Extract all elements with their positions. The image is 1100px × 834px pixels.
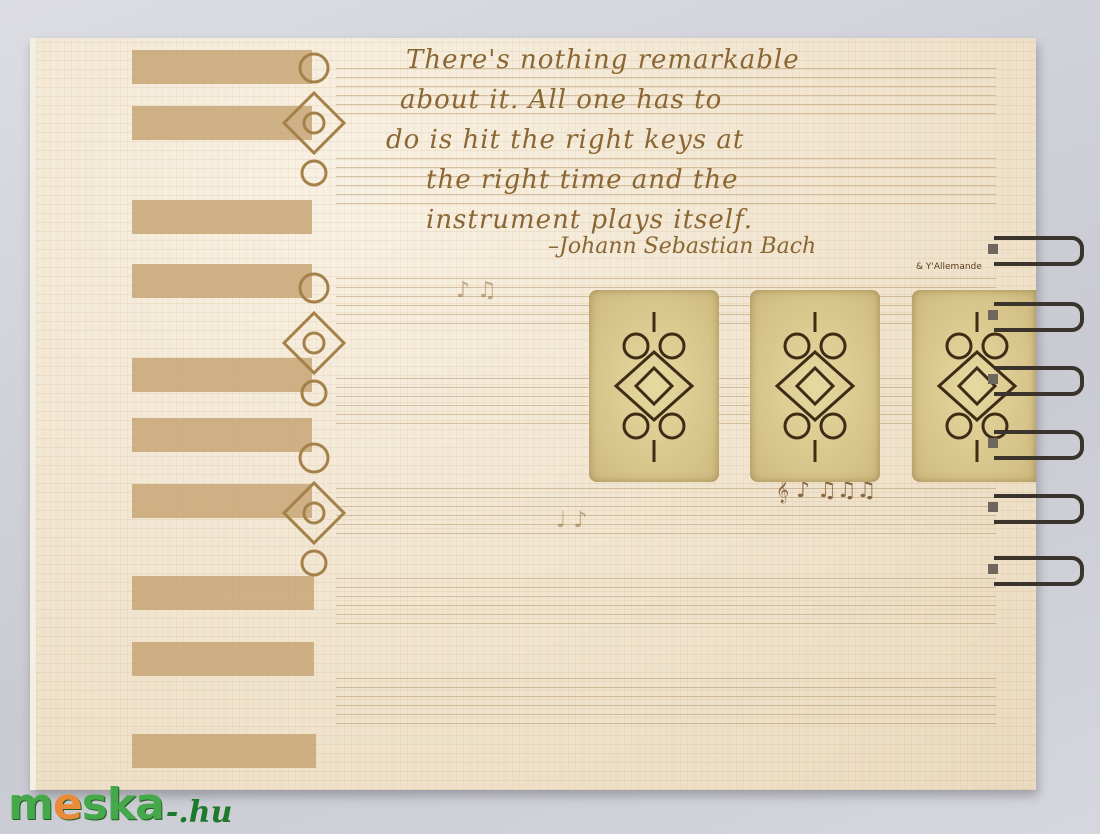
damask-icon	[604, 302, 704, 470]
watermark-suffix: ‑.hu	[166, 795, 233, 830]
piano-key	[132, 576, 314, 610]
music-staff	[336, 578, 996, 624]
ornament-icon	[264, 48, 364, 188]
piano-key	[132, 734, 316, 768]
ornament-icon	[264, 438, 364, 578]
small-label: & Y'Allemande	[916, 262, 982, 272]
spiral-ring	[994, 366, 1084, 396]
ornament-card	[750, 290, 880, 482]
quote-line: There's nothing remarkable	[386, 40, 946, 80]
meska-watermark: meska‑.hu	[8, 770, 232, 830]
piano-key	[132, 642, 314, 676]
quote-attribution: –Johann Sebastian Bach	[548, 234, 816, 259]
watermark-accent: e	[53, 779, 82, 830]
music-staff	[336, 488, 996, 534]
bach-quote: There's nothing remarkable about it. All…	[386, 40, 946, 240]
music-note-icon: ♪ ♫	[456, 278, 497, 303]
spiral-ring	[994, 556, 1084, 586]
watermark-prefix: m	[8, 779, 53, 830]
quote-line: the right time and the	[386, 160, 946, 200]
music-note-icon: ♩ ♪	[556, 508, 587, 533]
ornament-icon	[264, 268, 364, 408]
spiral-ring	[994, 430, 1084, 460]
damask-icon	[765, 302, 865, 470]
quote-line: about it. All one has to	[386, 80, 946, 120]
ornament-card	[589, 290, 719, 482]
quote-line: do is hit the right keys at	[386, 120, 946, 160]
piano-key	[132, 200, 312, 234]
music-staff	[336, 678, 996, 724]
spiral-ring	[994, 302, 1084, 332]
spiral-ring	[994, 494, 1084, 524]
spiral-ring	[994, 236, 1084, 266]
watermark-brand: ska	[82, 779, 164, 830]
notebook-cover: ♪ ♫ ♩ ♪ 𝄞 ♪ ♫♫♫ There's nothing remarkab…	[30, 38, 1036, 790]
